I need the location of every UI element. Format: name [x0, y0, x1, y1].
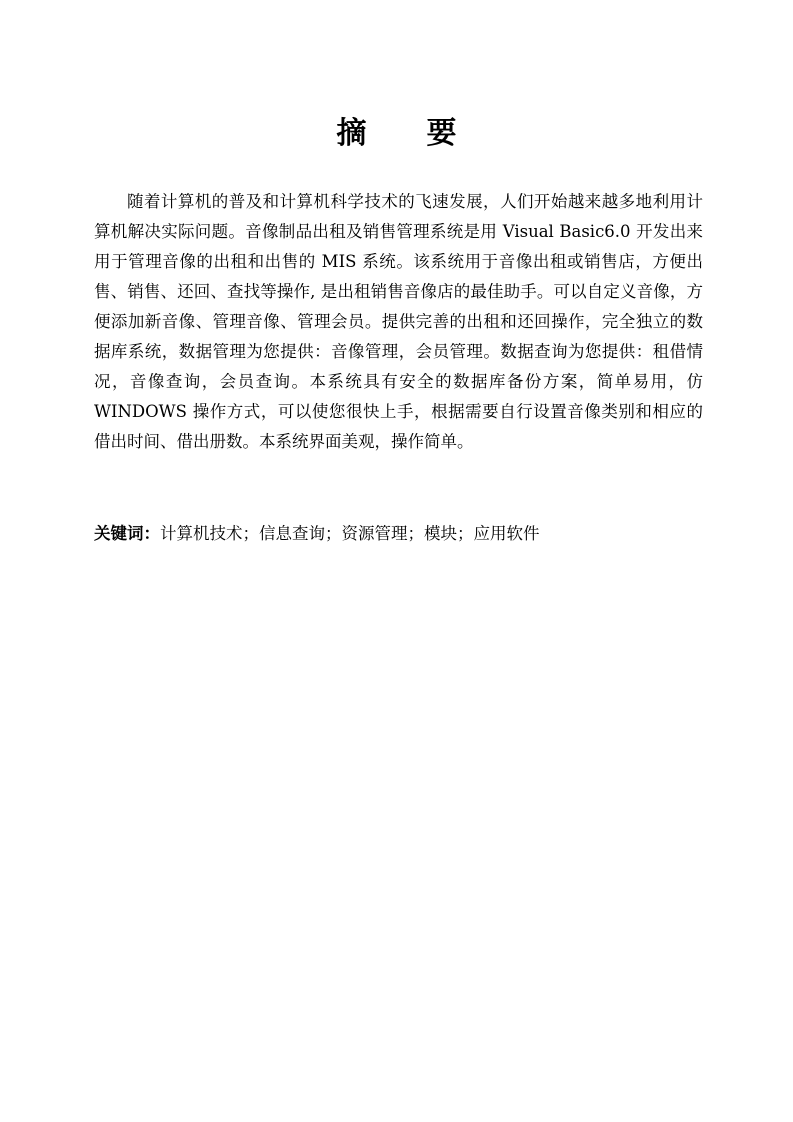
document-page: 摘 要 随着计算机的普及和计算机科学技术的飞速发展，人们开始越来越多地利用计算机…: [0, 0, 793, 1122]
keywords-line: 关键词：计算机技术；信息查询；资源管理；模块；应用软件: [94, 522, 703, 546]
abstract-paragraph: 随着计算机的普及和计算机科学技术的飞速发展，人们开始越来越多地利用计算机解决实际…: [94, 187, 703, 457]
page-title: 摘 要: [0, 0, 793, 153]
keywords-text: 计算机技术；信息查询；资源管理；模块；应用软件: [160, 524, 540, 543]
keywords-label: 关键词：: [94, 525, 160, 543]
